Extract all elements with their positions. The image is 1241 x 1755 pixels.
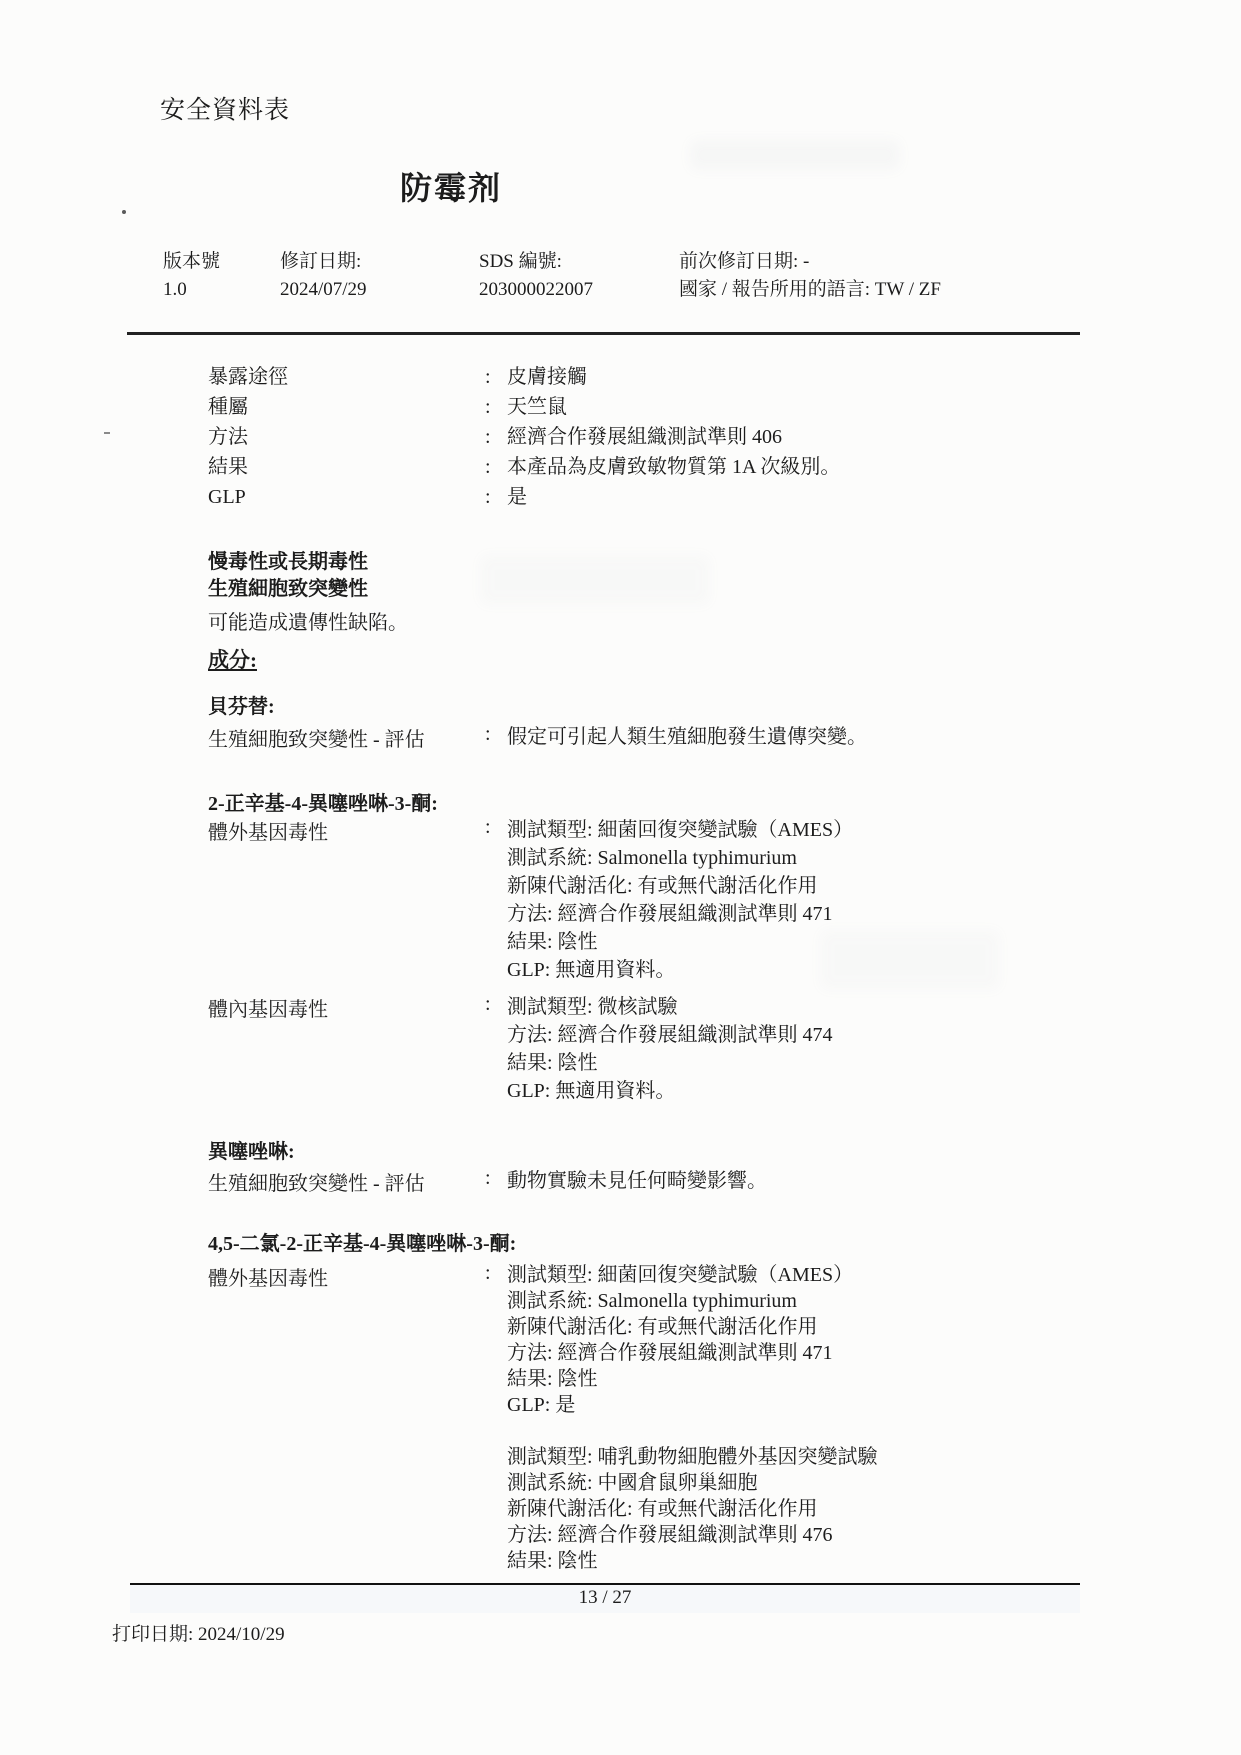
field-row: 生殖細胞致突變性 - 評估 : 動物實驗未見任何畸變影響。 [208,1167,767,1196]
colon-separator: : [485,1262,507,1285]
component-row-block: 體外基因毒性 : 測試類型: 細菌回復突變試驗（AMES） 測試系統: Salm… [208,816,853,984]
field-value-line: GLP: 是 [507,1392,878,1418]
field-value-line: 方法: 經濟合作發展組織測試準則 476 [507,1522,878,1548]
colon-separator: : [485,452,507,482]
print-date: 打印日期: 2024/10/29 [112,1619,285,1646]
colon-separator: : [485,482,507,512]
field-label: 結果 [208,452,485,482]
field-label: 體外基因毒性 [208,1262,485,1291]
field-value-line: 結果: 陰性 [507,928,853,956]
field-value: 天竺鼠 [507,392,567,422]
component-name-heading: 4,5-二氯-2-正辛基-4-異噻唑啉-3-酮: [208,1227,516,1256]
field-value-line: 新陳代謝活化: 有或無代謝活化作用 [507,1496,878,1522]
field-value: 本產品為皮膚致敏物質第 1A 次級別。 [507,452,840,482]
component-name-heading: 異噻唑啉: [208,1135,295,1164]
field-value-line-blank [507,1418,878,1444]
field-value-line: 結果: 陰性 [507,1366,878,1392]
component-name-heading: 貝芬替: [208,690,275,719]
version-label: 版本號 [163,248,280,276]
field-value-line: 方法: 經濟合作發展組織測試準則 471 [507,1340,878,1366]
field-value-line: 測試類型: 細菌回復突變試驗（AMES） [507,816,853,844]
field-row: 體內基因毒性 : 測試類型: 微核試驗 方法: 經濟合作發展組織測試準則 474… [208,993,833,1105]
field-label: 生殖細胞致突變性 - 評估 [208,1167,485,1196]
field-row: 種屬 : 天竺鼠 [208,392,840,422]
field-value-line: 測試類型: 哺乳動物細胞體外基因突變試驗 [507,1444,878,1470]
sds-document-page: 安全資料表 防霉剂 版本號 修訂日期: SDS 編號: 前次修訂日期: - 1.… [0,0,1241,1755]
bleed-through-smudge [480,555,710,605]
sds-number-value: 203000022007 [479,276,679,304]
field-value-line: GLP: 無適用資料。 [507,956,853,984]
scan-artifact-dash [104,432,110,434]
scan-artifact-dot [122,210,126,214]
component-row-block: 生殖細胞致突變性 - 評估 : 動物實驗未見任何畸變影響。 [208,1167,767,1196]
field-value-line: 測試系統: Salmonella typhimurium [507,844,853,872]
component-name-heading: 2-正辛基-4-異噻唑啉-3-酮: [208,787,438,816]
field-row: 體外基因毒性 : 測試類型: 細菌回復突變試驗（AMES） 測試系統: Salm… [208,816,853,984]
field-value-line: 結果: 陰性 [507,1049,833,1077]
field-label: GLP [208,482,485,512]
field-value-line: 測試類型: 微核試驗 [507,993,833,1021]
field-row: 體外基因毒性 : 測試類型: 細菌回復突變試驗（AMES） 測試系統: Salm… [208,1262,878,1574]
revision-date-label: 修訂日期: [280,248,479,276]
field-row: 生殖細胞致突變性 - 評估 : 假定可引起人類生殖細胞發生遺傳突變。 [208,723,867,752]
country-language-value: 國家 / 報告所用的語言: TW / ZF [679,276,1093,304]
version-value: 1.0 [163,276,280,304]
field-value-line: 新陳代謝活化: 有或無代謝活化作用 [507,1314,878,1340]
field-value-line: 方法: 經濟合作發展組織測試準則 471 [507,900,853,928]
previous-revision-label: 前次修訂日期: - [679,248,1093,276]
field-label: 種屬 [208,392,485,422]
field-value-line: 測試類型: 細菌回復突變試驗（AMES） [507,1262,878,1288]
component-row-block: 體內基因毒性 : 測試類型: 微核試驗 方法: 經濟合作發展組織測試準則 474… [208,993,833,1105]
component-row-block: 生殖細胞致突變性 - 評估 : 假定可引起人類生殖細胞發生遺傳突變。 [208,723,867,752]
field-label: 生殖細胞致突變性 - 評估 [208,723,485,752]
sds-number-label: SDS 編號: [479,248,679,276]
field-value: 經濟合作發展組織測試準則 406 [507,422,782,452]
germ-cell-mutagenicity-heading: 生殖細胞致突變性 [208,572,368,601]
revision-date-value: 2024/07/29 [280,276,479,304]
colon-separator: : [485,723,507,746]
field-value-line: 動物實驗未見任何畸變影響。 [507,1167,767,1195]
field-label: 體外基因毒性 [208,816,485,845]
document-title: 安全資料表 [160,90,290,126]
header-divider-rule [127,332,1080,335]
header-metadata-table: 版本號 修訂日期: SDS 編號: 前次修訂日期: - 1.0 2024/07/… [163,248,1093,304]
colon-separator: : [485,993,507,1016]
field-row: 方法 : 經濟合作發展組織測試準則 406 [208,422,840,452]
germ-cell-note: 可能造成遺傳性缺陷。 [208,606,408,635]
field-value-line: 結果: 陰性 [507,1548,878,1574]
field-row: 暴露途徑 : 皮膚接觸 [208,362,840,392]
field-label: 體內基因毒性 [208,993,485,1022]
colon-separator: : [485,1167,507,1190]
colon-separator: : [485,816,507,839]
skin-sensitization-block: 暴露途徑 : 皮膚接觸 種屬 : 天竺鼠 方法 : 經濟合作發展組織測試準則 4… [208,362,840,512]
field-value-line: 測試系統: 中國倉鼠卵巢細胞 [507,1470,878,1496]
product-title: 防霉剂 [400,163,502,209]
colon-separator: : [485,422,507,452]
field-value-line: 新陳代謝活化: 有或無代謝活化作用 [507,872,853,900]
field-label: 方法 [208,422,485,452]
colon-separator: : [485,362,507,392]
field-value: 皮膚接觸 [507,362,587,392]
field-value: 是 [507,482,527,512]
component-row-block: 體外基因毒性 : 測試類型: 細菌回復突變試驗（AMES） 測試系統: Salm… [208,1262,878,1574]
components-heading: 成分: [208,644,257,674]
field-value-line: 方法: 經濟合作發展組織測試準則 474 [507,1021,833,1049]
field-value-line: GLP: 無適用資料。 [507,1077,833,1105]
page-number: 13 / 27 [130,1587,1080,1609]
colon-separator: : [485,392,507,422]
field-value-line: 測試系統: Salmonella typhimurium [507,1288,878,1314]
bleed-through-smudge [690,140,900,170]
field-row: GLP : 是 [208,482,840,512]
field-value-line: 假定可引起人類生殖細胞發生遺傳突變。 [507,723,867,751]
chronic-toxicity-heading: 慢毒性或長期毒性 [208,545,368,574]
field-row: 結果 : 本產品為皮膚致敏物質第 1A 次級別。 [208,452,840,482]
field-label: 暴露途徑 [208,362,485,392]
